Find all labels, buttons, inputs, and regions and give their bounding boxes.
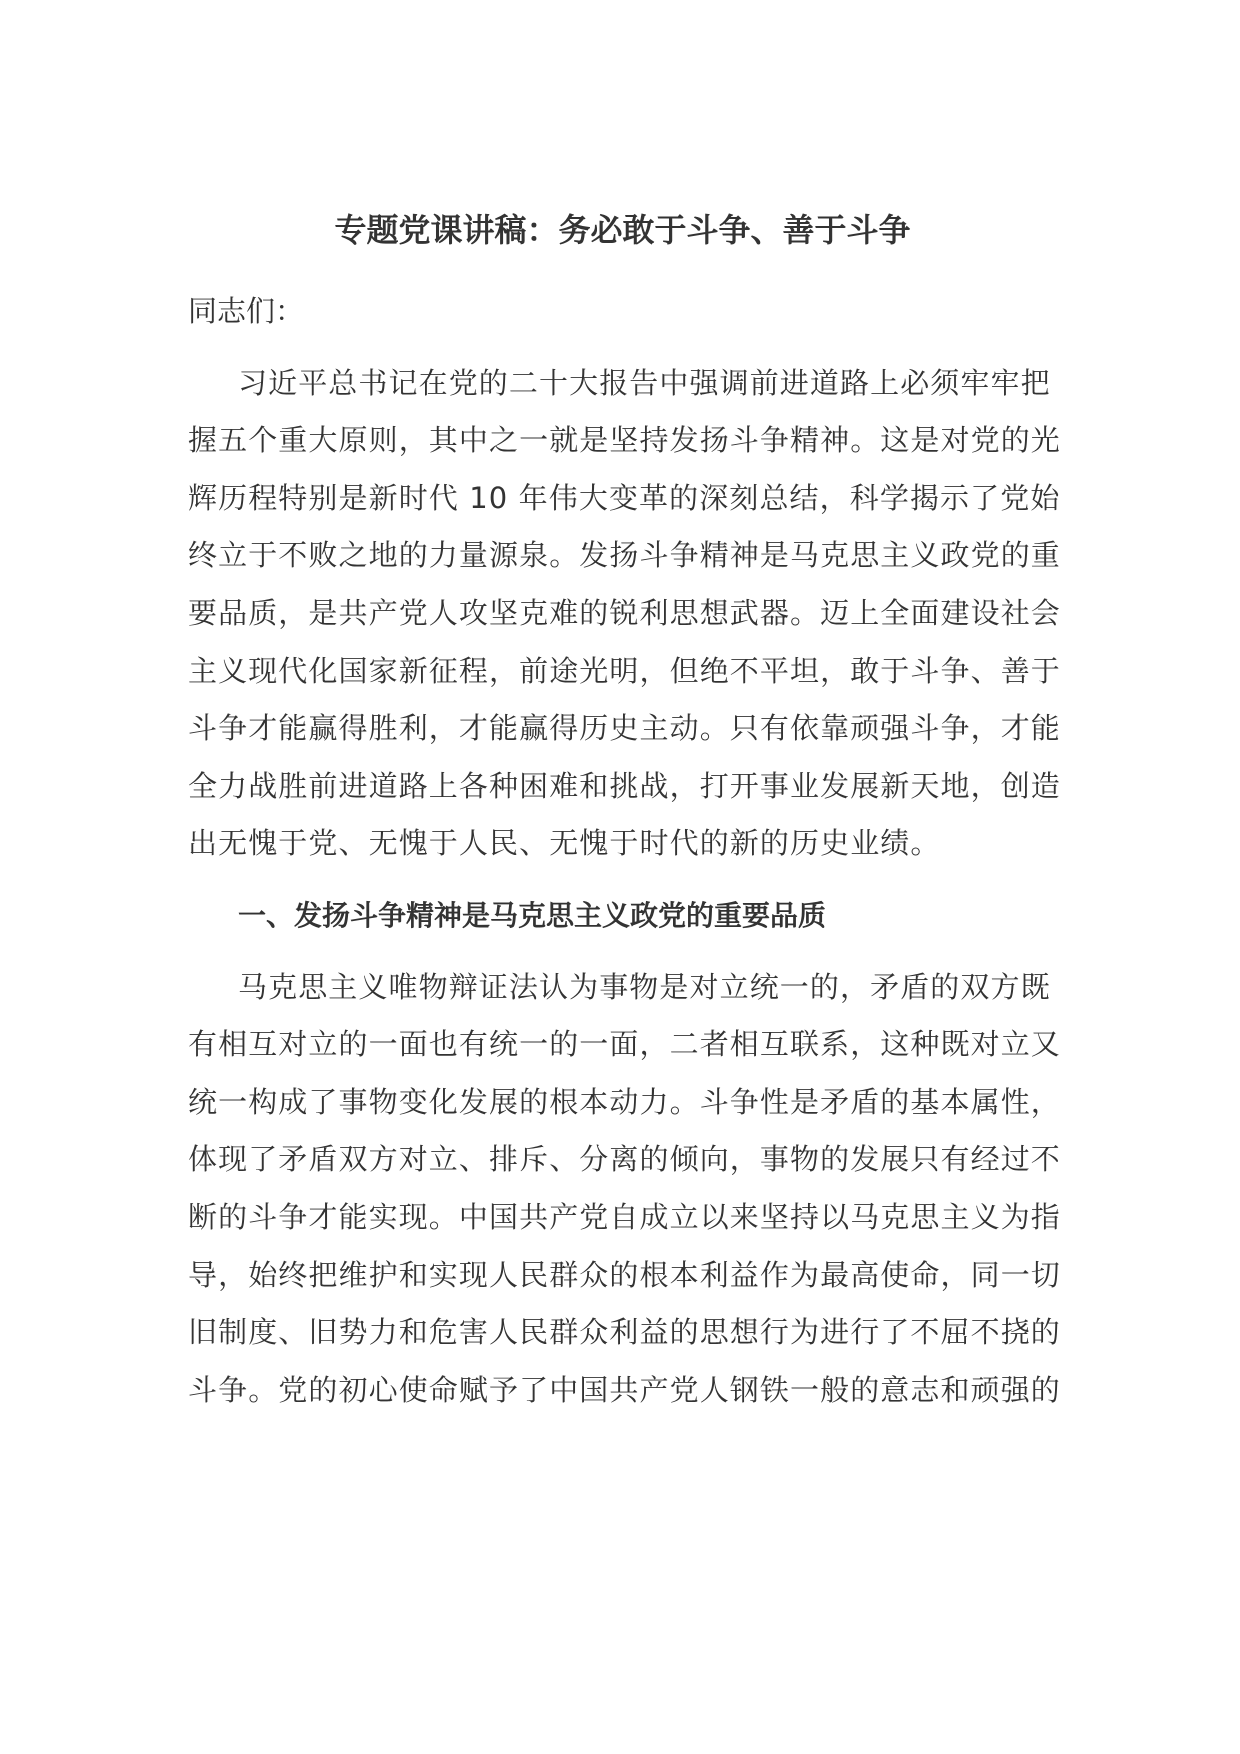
salutation: 同志们：	[188, 283, 1057, 341]
document-body: 同志们： 习近平总书记在党的二十大报告中强调前进道路上必须牢牢把 握五个重大原则…	[188, 283, 1057, 1419]
document-page: 专题党课讲稿：务必敢于斗争、善于斗争 同志们： 习近平总书记在党的二十大报告中强…	[0, 0, 1240, 1754]
paragraph-line: 出无愧于党、无愧于人民、无愧于时代的新的历史业绩。	[188, 815, 1057, 873]
paragraph-line: 导，始终把维护和实现人民群众的根本利益作为最高使命，同一切	[188, 1247, 1057, 1305]
paragraph-line: 主义现代化国家新征程，前途光明，但绝不平坦，敢于斗争、善于	[188, 643, 1057, 701]
paragraph-section-1: 马克思主义唯物辩证法认为事物是对立统一的，矛盾的双方既 有相互对立的一面也有统一…	[188, 959, 1057, 1420]
paragraph-line: 要品质，是共产党人攻坚克难的锐利思想武器。迈上全面建设社会	[188, 585, 1057, 643]
document-title: 专题党课讲稿：务必敢于斗争、善于斗争	[188, 205, 1057, 255]
paragraph-intro: 习近平总书记在党的二十大报告中强调前进道路上必须牢牢把 握五个重大原则，其中之一…	[188, 355, 1057, 873]
section-heading: 一、发扬斗争精神是马克思主义政党的重要品质	[188, 887, 1057, 945]
paragraph-line: 断的斗争才能实现。中国共产党自成立以来坚持以马克思主义为指	[188, 1189, 1057, 1247]
paragraph-line: 马克思主义唯物辩证法认为事物是对立统一的，矛盾的双方既	[188, 959, 1057, 1017]
paragraph-line: 斗争。党的初心使命赋予了中国共产党人钢铁一般的意志和顽强的	[188, 1362, 1057, 1420]
paragraph-line: 体现了矛盾双方对立、排斥、分离的倾向，事物的发展只有经过不	[188, 1131, 1057, 1189]
paragraph-line: 习近平总书记在党的二十大报告中强调前进道路上必须牢牢把	[188, 355, 1057, 413]
paragraph-line: 辉历程特别是新时代 10 年伟大变革的深刻总结，科学揭示了党始	[188, 470, 1057, 528]
paragraph-line: 有相互对立的一面也有统一的一面，二者相互联系，这种既对立又	[188, 1016, 1057, 1074]
paragraph-line: 全力战胜前进道路上各种困难和挑战，打开事业发展新天地，创造	[188, 758, 1057, 816]
paragraph-line: 斗争才能赢得胜利，才能赢得历史主动。只有依靠顽强斗争，才能	[188, 700, 1057, 758]
paragraph-line: 终立于不败之地的力量源泉。发扬斗争精神是马克思主义政党的重	[188, 527, 1057, 585]
paragraph-line: 统一构成了事物变化发展的根本动力。斗争性是矛盾的基本属性，	[188, 1074, 1057, 1132]
paragraph-line: 旧制度、旧势力和危害人民群众利益的思想行为进行了不屈不挠的	[188, 1304, 1057, 1362]
paragraph-line: 握五个重大原则，其中之一就是坚持发扬斗争精神。这是对党的光	[188, 412, 1057, 470]
